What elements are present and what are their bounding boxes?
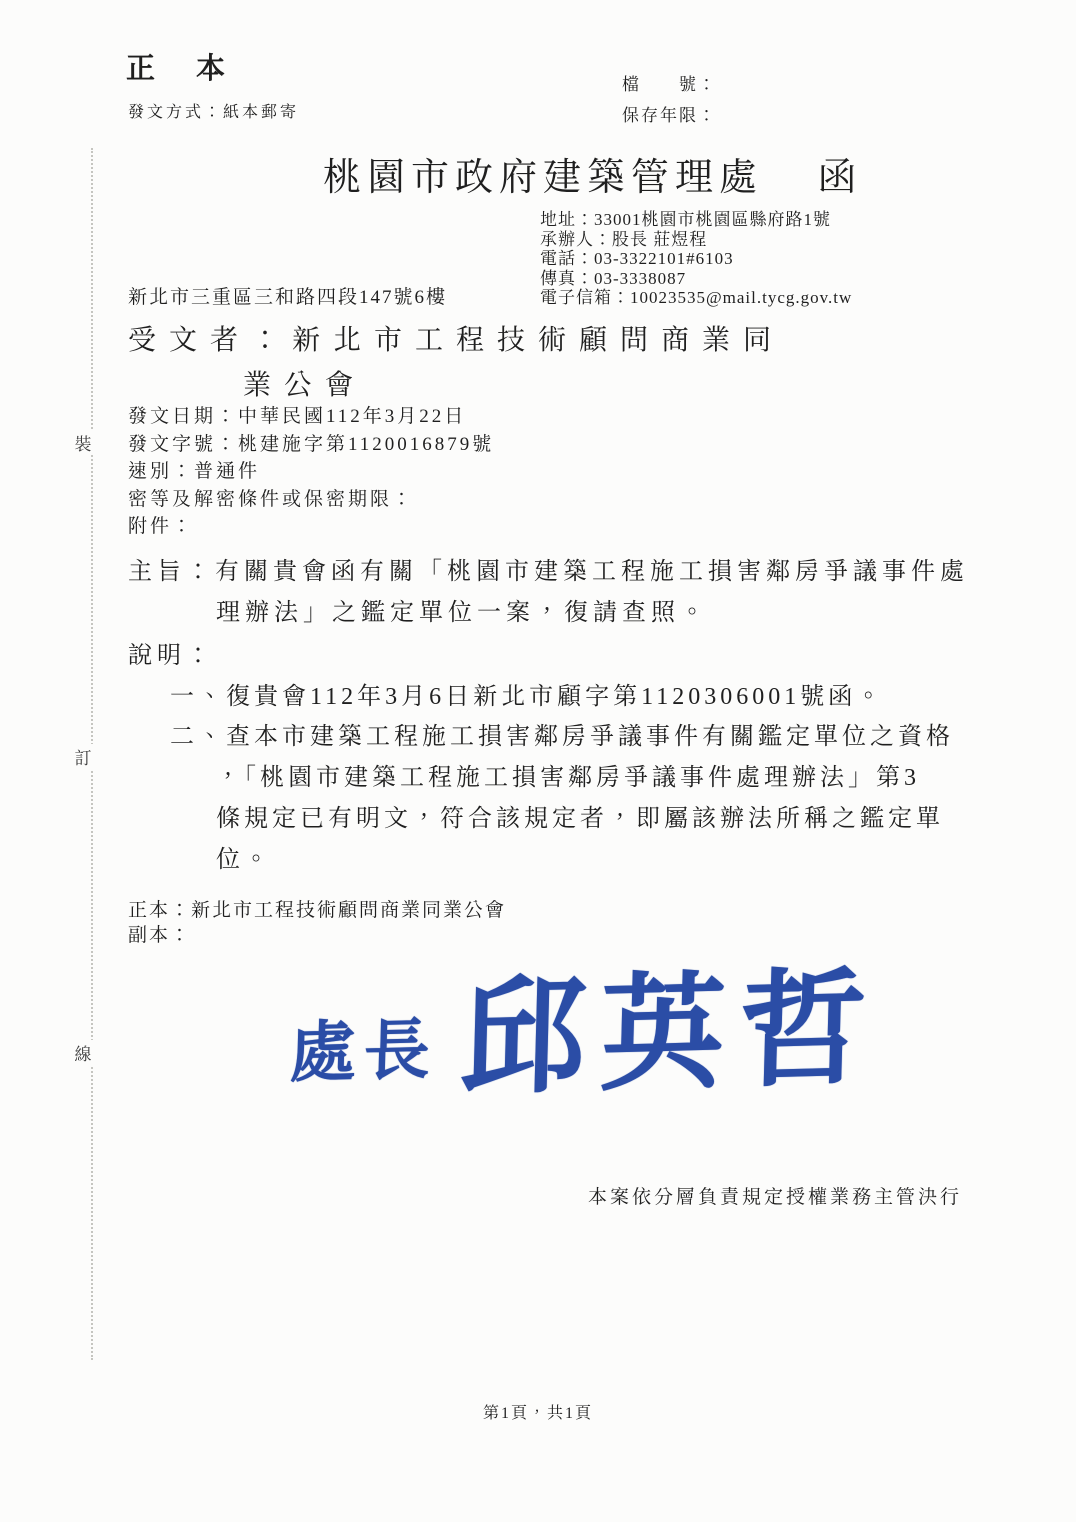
sender-fax: 傳真：03-3338087	[540, 269, 852, 289]
sender-contact-person: 承辦人：股長 莊煜程	[540, 230, 852, 250]
security-classification: 密等及解密條件或保密期限：	[128, 486, 494, 514]
distribution-copy: 副本：	[128, 920, 191, 947]
item2-line4: 位。	[216, 840, 954, 881]
attachment-field: 附件：	[128, 513, 494, 541]
issuing-agency-name: 桃園市政府建築管理處	[323, 146, 763, 201]
subject-line2: 理辦法」之鑑定單位一案，復請查照。	[216, 593, 969, 634]
recipient-mailing-address: 新北市三重區三和路四段147號6樓	[128, 282, 447, 309]
signature-title: 處長	[289, 1000, 439, 1088]
sender-phone: 電話：03-3322101#6103	[540, 249, 852, 269]
document-number: 發文字號：桃建施字第1120016879號	[128, 431, 494, 459]
distribution-original: 正本：新北市工程技術顧問商業同業公會	[128, 895, 506, 922]
authorization-note: 本案依分層負責規定授權業務主管決行	[588, 1182, 962, 1209]
sender-email: 電子信箱：10023535@mail.tycg.gov.tw	[540, 288, 852, 308]
explanation-item-1: 一、復貴會112年3月6日新北市顧字第1120306001號函。	[170, 676, 884, 711]
item2-line2: ，「桃園市建築工程施工損害鄰房爭議事件處理辦法」第3	[216, 758, 954, 799]
explanation-heading: 說明：	[128, 635, 215, 670]
sender-contact-block: 地址：33001桃園市桃園區縣府路1號 承辦人：股長 莊煜程 電話：03-332…	[540, 210, 852, 308]
document-type-letter: 函	[818, 146, 862, 201]
item2-line1: 二、查本市建築工程施工損害鄰房爭議事件有關鑑定單位之資格	[170, 717, 954, 758]
delivery-method: 發文方式：紙本郵寄	[128, 99, 299, 122]
document-meta-block: 發文日期：中華民國112年3月22日 發文字號：桃建施字第1120016879號…	[128, 403, 494, 541]
issue-date: 發文日期：中華民國112年3月22日	[128, 403, 494, 431]
binding-mark-ding: 訂	[68, 744, 98, 769]
recipient-name-line2: 業公會	[243, 363, 366, 403]
document-title: 桃園市政府建築管理處 函	[323, 146, 862, 201]
explanation-item-2: 二、查本市建築工程施工損害鄰房爭議事件有關鑑定單位之資格 ，「桃園市建築工程施工…	[170, 717, 954, 881]
item2-line3: 條規定已有明文，符合該規定者，即屬該辦法所稱之鑑定單	[216, 799, 954, 840]
subject-line1: 主旨：有關貴會函有關「桃園市建築工程施工損害鄰房爭議事件處	[128, 552, 969, 593]
binding-mark-zhuang: 裝	[68, 430, 98, 455]
retention-period-label: 保存年限：	[622, 101, 717, 126]
director-signature-stamp: 處長 邱英哲	[288, 967, 881, 1109]
sender-address: 地址：33001桃園市桃園區縣府路1號	[540, 210, 852, 230]
page-number-footer: 第1頁，共1頁	[0, 1400, 1076, 1423]
priority-level: 速別：普通件	[128, 458, 494, 486]
subject-section: 主旨：有關貴會函有關「桃園市建築工程施工損害鄰房爭議事件處 理辦法」之鑑定單位一…	[128, 552, 969, 634]
recipient-name-line1: 受文者：新北市工程技術顧問商業同	[128, 318, 784, 358]
binding-mark-xian: 線	[68, 1040, 98, 1065]
copy-type-label: 正 本	[126, 46, 231, 87]
file-number-label: 檔 號：	[622, 70, 717, 95]
document-page: 裝 訂 線 正 本 檔 號： 保存年限： 發文方式：紙本郵寄 桃園市政府建築管理…	[0, 0, 1076, 1522]
signature-name: 邱英哲	[458, 967, 881, 1104]
